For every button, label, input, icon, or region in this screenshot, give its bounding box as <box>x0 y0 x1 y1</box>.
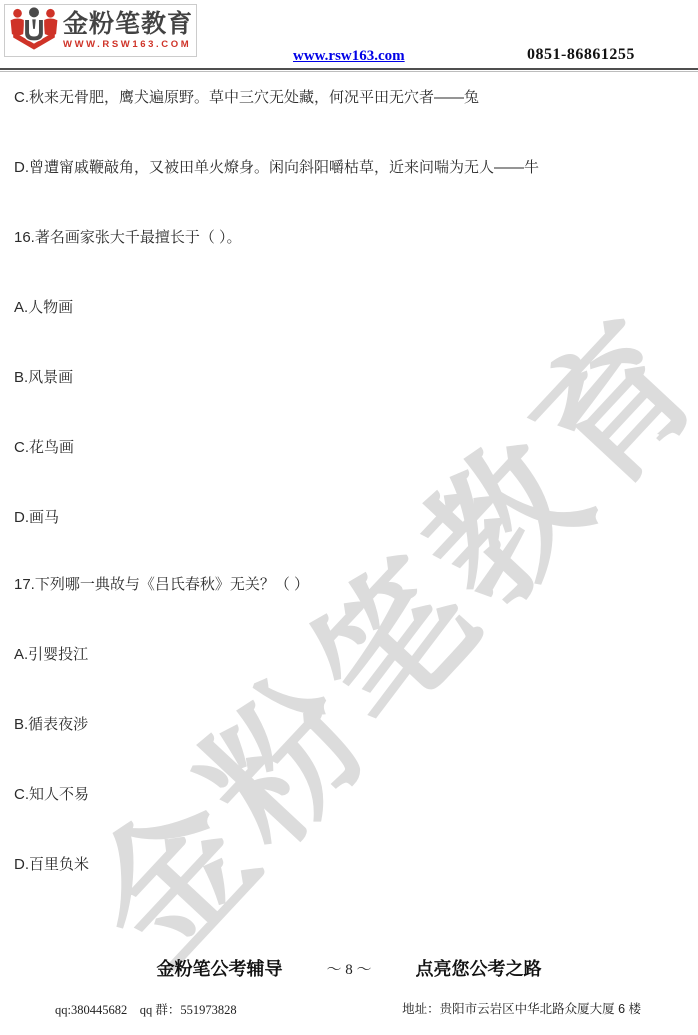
question-16: 16.著名画家张大千最擅长于（ ）。 <box>14 228 242 247</box>
brand-name: 金粉笔教育 <box>63 12 193 37</box>
brand-website: WWW.RSW163.COM <box>63 40 193 50</box>
option-line: C.秋来无骨肥，鹰犬遍原野。草中三穴无处藏，何况平田无穴者——兔 <box>14 88 479 107</box>
option-line: C.花鸟画 <box>14 438 74 457</box>
phone-number: 0851-86861255 <box>527 46 635 64</box>
option-line: A.引婴投江 <box>14 645 88 664</box>
footer-brand: 金粉笔公考辅导 <box>156 955 282 981</box>
option-line: C.知人不易 <box>14 785 89 804</box>
option-line: D.百里负米 <box>14 855 89 874</box>
question-17: 17.下列哪一典故与《吕氏春秋》无关？（ ） <box>14 575 309 594</box>
website-link[interactable]: www.rsw163.com <box>293 48 405 65</box>
header-divider-light <box>0 71 698 72</box>
option-line: D.画马 <box>14 508 59 527</box>
option-line: D.曾遭甯戚鞭敲角，又被田单火燎身。闲向斜阳嚼枯草，近来问喘为无人——牛 <box>14 158 539 177</box>
document-page: 金粉笔教育 金粉笔教育 WWW.RSW163.COM www.rs <box>0 0 698 1035</box>
footer-qq-contact: qq:380445682 qq 群：551973828 <box>55 1000 237 1018</box>
brand-logo-icon <box>8 5 60 56</box>
header-divider <box>0 68 698 70</box>
option-line: A.人物画 <box>14 298 73 317</box>
footer-slogan: 点亮您公考之路 <box>416 955 542 981</box>
page-number-indicator: ～ 8 ～ <box>326 958 371 979</box>
option-line: B.风景画 <box>14 368 73 387</box>
footer-address: 地址：贵阳市云岩区中华北路众厦大厦 6 楼 <box>402 999 641 1017</box>
brand-logo: 金粉笔教育 WWW.RSW163.COM <box>4 4 197 57</box>
footer: 金粉笔公考辅导 ～ 8 ～ 点亮您公考之路 <box>0 955 698 981</box>
option-line: B.循表夜涉 <box>14 715 88 734</box>
brand-watermark: 金粉笔教育 <box>35 260 698 1000</box>
